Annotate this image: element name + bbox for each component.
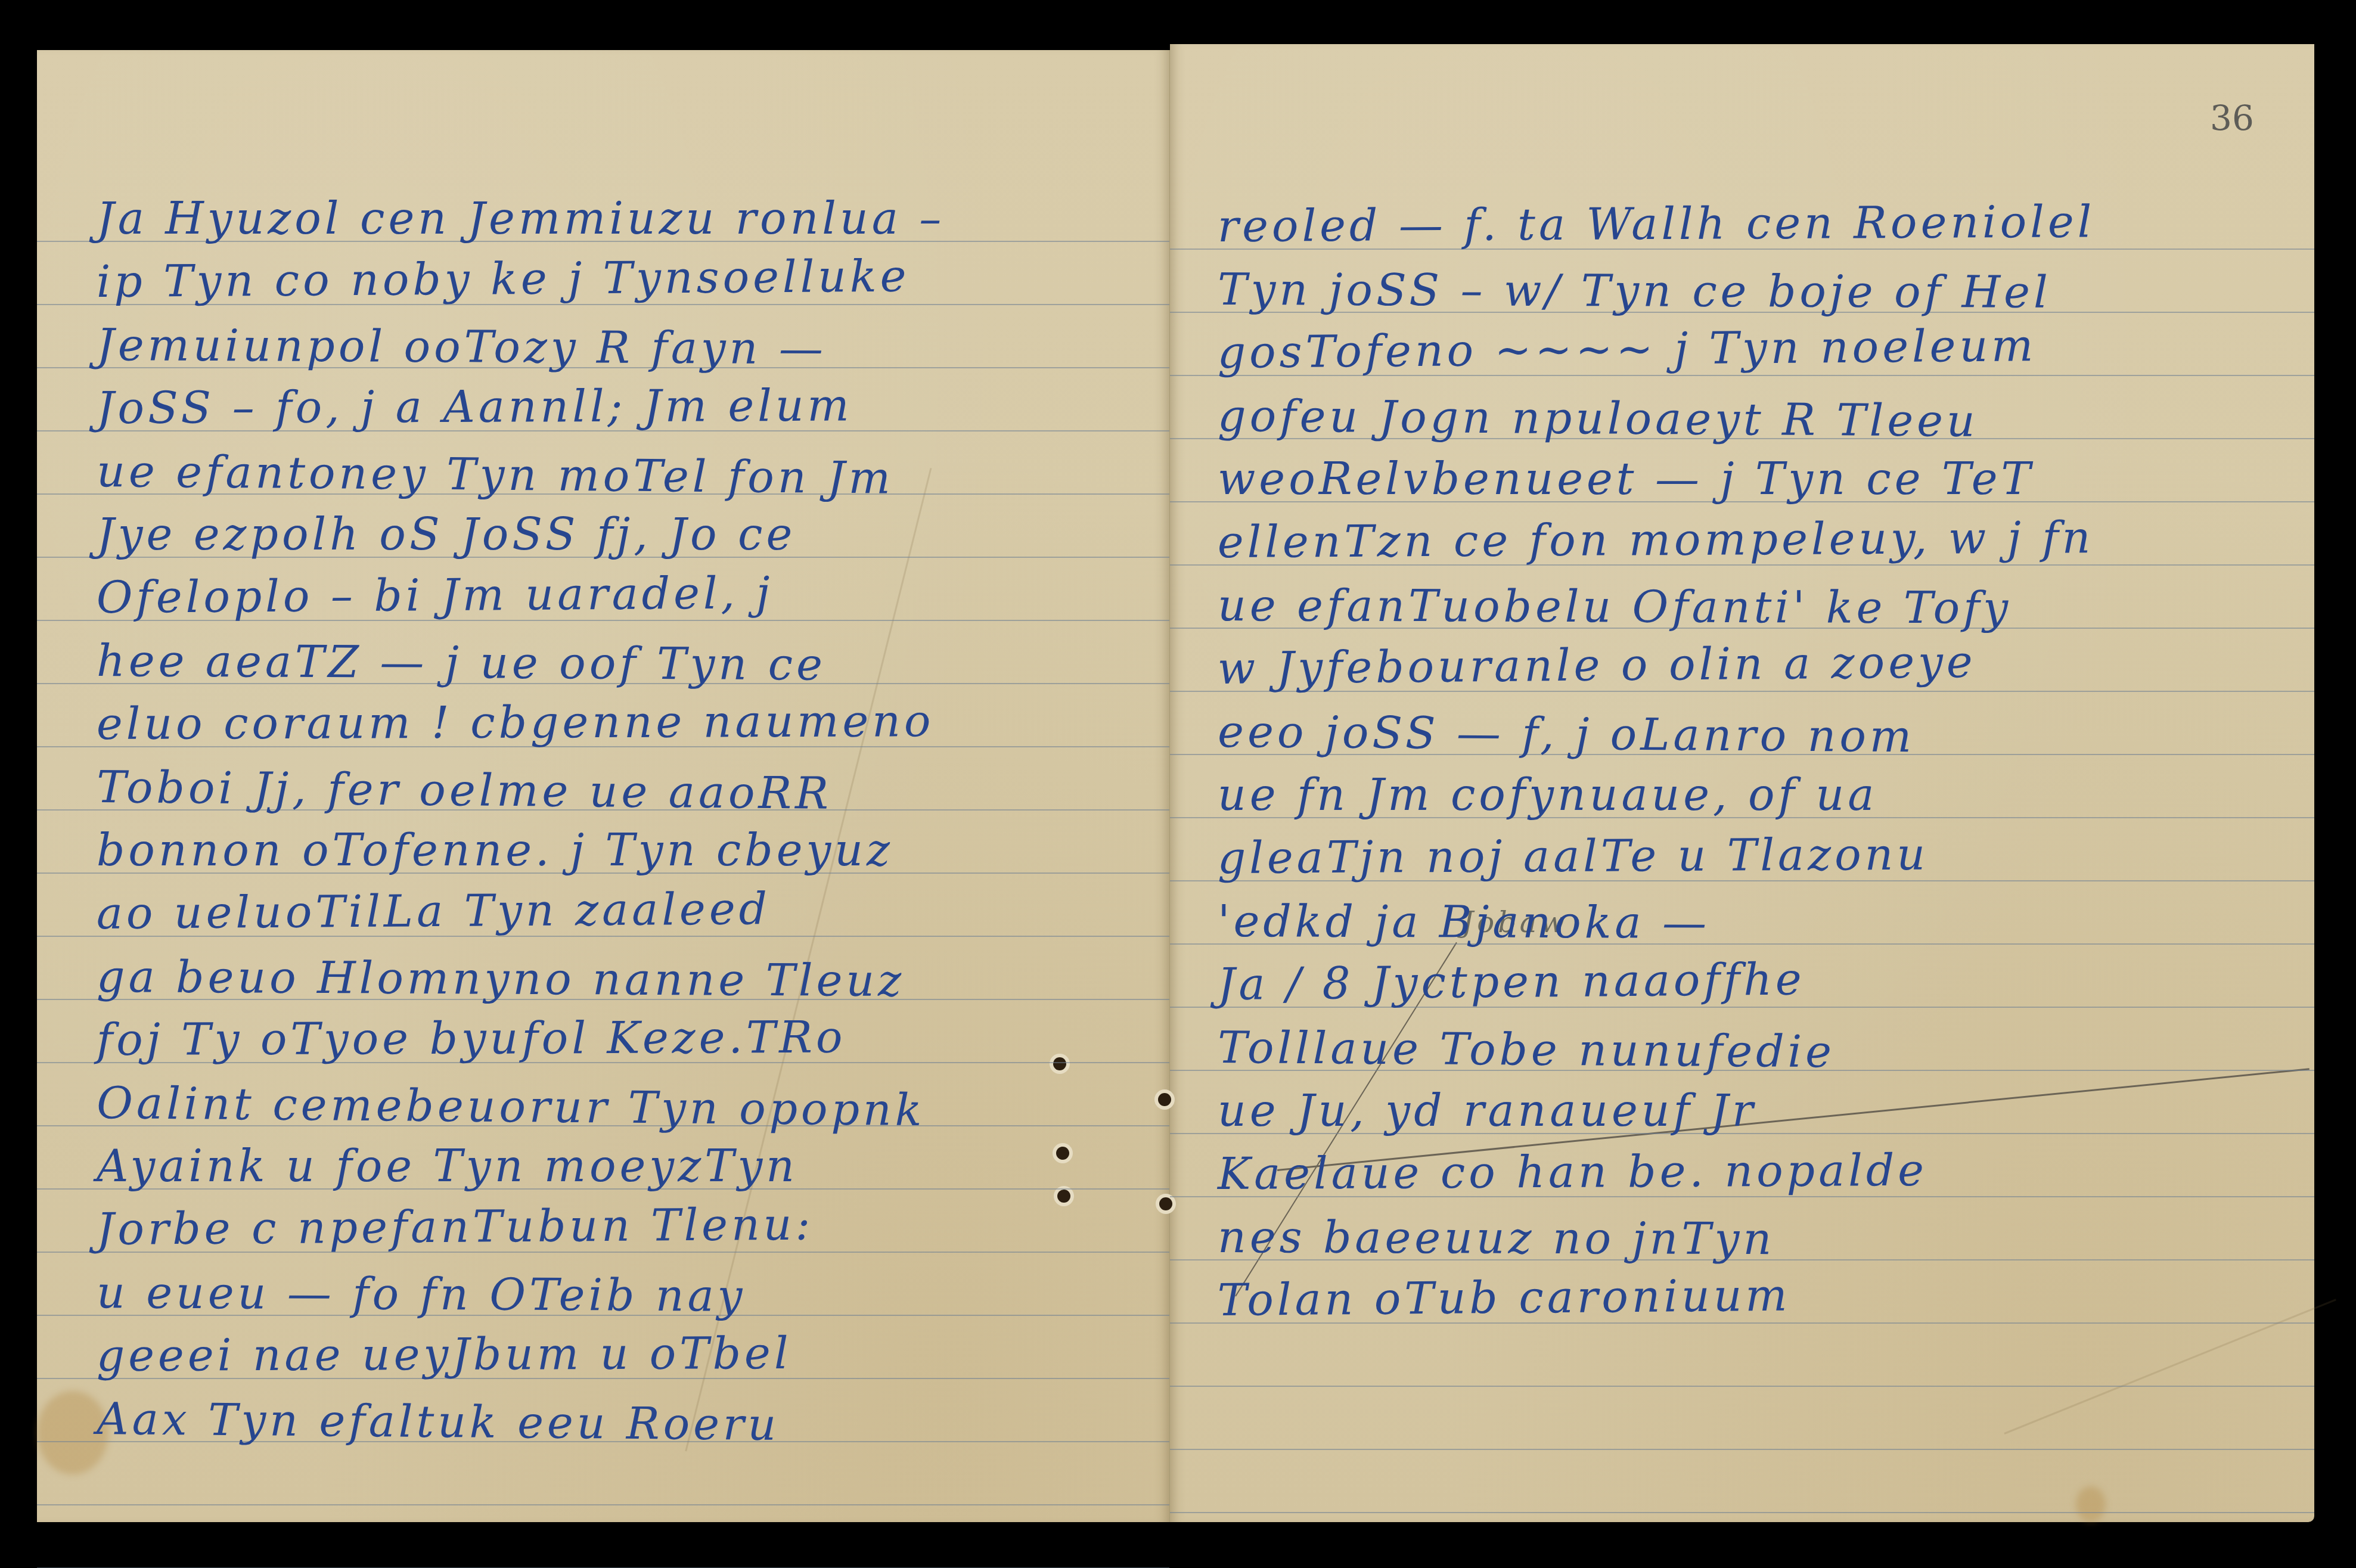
staple-hole [1158, 1093, 1171, 1106]
handwritten-line: ue Ju, yd ranaueuf Jr [1218, 1089, 1756, 1133]
handwritten-line: Tolllaue Tobe nunufedie [1218, 1026, 1835, 1074]
handwritten-line: bonnon oTofenne. j Tyn cbeyuz [97, 828, 893, 873]
handwritten-line: reoled — f. ta Wallh cen Roeniolel [1218, 200, 2096, 249]
handwritten-line: ip Tyn co noby ke j Tynsoelluke [96, 254, 910, 304]
handwritten-line: ue efantoney Tyn moTel fon Jm [97, 449, 894, 501]
handwritten-line: Tyn joSS – w/ Tyn ce boje of Hel [1218, 268, 2051, 315]
handwritten-line: 'edkd ja Bjanoka — [1218, 899, 1710, 945]
handwritten-line: ao ueluoTilLa Tyn zaaleed [96, 887, 771, 936]
handwritten-line: hee aeaTZ — j ue oof Tyn ce [97, 639, 826, 687]
handwritten-line: JoSS – fo, j a Aannll; Jm elum [97, 384, 853, 430]
ruling-line [1170, 1512, 2314, 1513]
handwritten-line: eeo joSS — f, j oLanro nom [1218, 710, 1915, 759]
handwritten-line: ellenTzn ce fon mompeleuy, w j fn [1218, 516, 2094, 564]
handwritten-line: Ofeloplo – bi Jm uaradel, j [96, 571, 773, 620]
handwritten-line: Toboi Jj, fer oelme ue aaoRR [97, 765, 832, 816]
handwritten-line: gosTofeno ~~~~ j Tyn noeleum [1217, 324, 2037, 375]
handwritten-line: Ja / 8 Jyctpen naaoffhe [1217, 957, 1805, 1007]
paper-crease [2004, 1299, 2336, 1435]
page-number: 36 [2210, 98, 2254, 138]
paper-stain [2076, 1486, 2106, 1522]
handwritten-line: weoRelvbenueet — j Tyn ce TeT [1218, 457, 2034, 501]
left-page: Ja Hyuzol cen Jemmiuzu ronlua –ip Tyn co… [37, 50, 1170, 1522]
handwritten-line: Jorbe c npefanTubun Tlenu: [96, 1203, 814, 1252]
staple-hole [1056, 1147, 1069, 1160]
handwritten-line: Ja Hyuzol cen Jemmiuzu ronlua – [97, 197, 945, 241]
handwritten-line: gofeu Jogn npuloaeyt R Tleeu [1218, 394, 1979, 443]
right-page: 36 Jobaw reoled — f. ta Wallh cen Roenio… [1170, 44, 2314, 1522]
staple-hole [1057, 1190, 1070, 1203]
staple-hole [1053, 1057, 1066, 1070]
handwritten-line: geeei nae ueyJbum u oTbel [97, 1331, 792, 1378]
handwritten-line: ue efanTuobelu Ofanti' ke Tofy [1218, 583, 2012, 631]
ruling-line [37, 1504, 1169, 1505]
staple-hole [1159, 1197, 1172, 1210]
handwritten-line: Aax Tyn efaltuk eeu Roeru [97, 1397, 780, 1447]
handwritten-line: Tolan oTub caroniuum [1217, 1274, 1791, 1322]
handwritten-line: nes baeeuuz no jnTyn [1218, 1215, 1775, 1261]
handwritten-line: Jemuiunpol ooTozy R fayn — [97, 323, 827, 371]
handwritten-line: foj Ty oTyoe byufol Keze.TRo [97, 1016, 846, 1062]
handwritten-line: eluo coraum ! cbgenne naumeno [97, 699, 935, 746]
handwritten-line: Kaelaue co han be. nopalde [1218, 1148, 1928, 1196]
handwritten-line: w Jyfebouranle o olin a zoeye [1217, 640, 1976, 691]
handwritten-line: gleaTjn noj aalTe u Tlazonu [1218, 833, 1929, 880]
handwritten-line: ue fn Jm cofynuaue, of ua [1218, 773, 1877, 817]
ruling-line [1170, 1386, 2314, 1387]
handwritten-line: ga beuo Hlomnyno nanne Tleuz [97, 955, 905, 1003]
handwritten-line: u eueu — fo fn OTeib nay [97, 1271, 746, 1318]
handwritten-line: Oalint cemebeuorur Tyn opopnk [97, 1081, 926, 1132]
handwritten-line: Ayaink u foe Tyn moeyzTyn [97, 1144, 798, 1188]
ruling-line [1170, 1449, 2314, 1450]
handwritten-line: Jye ezpolh oS JoSS fj, Jo ce [97, 513, 796, 557]
